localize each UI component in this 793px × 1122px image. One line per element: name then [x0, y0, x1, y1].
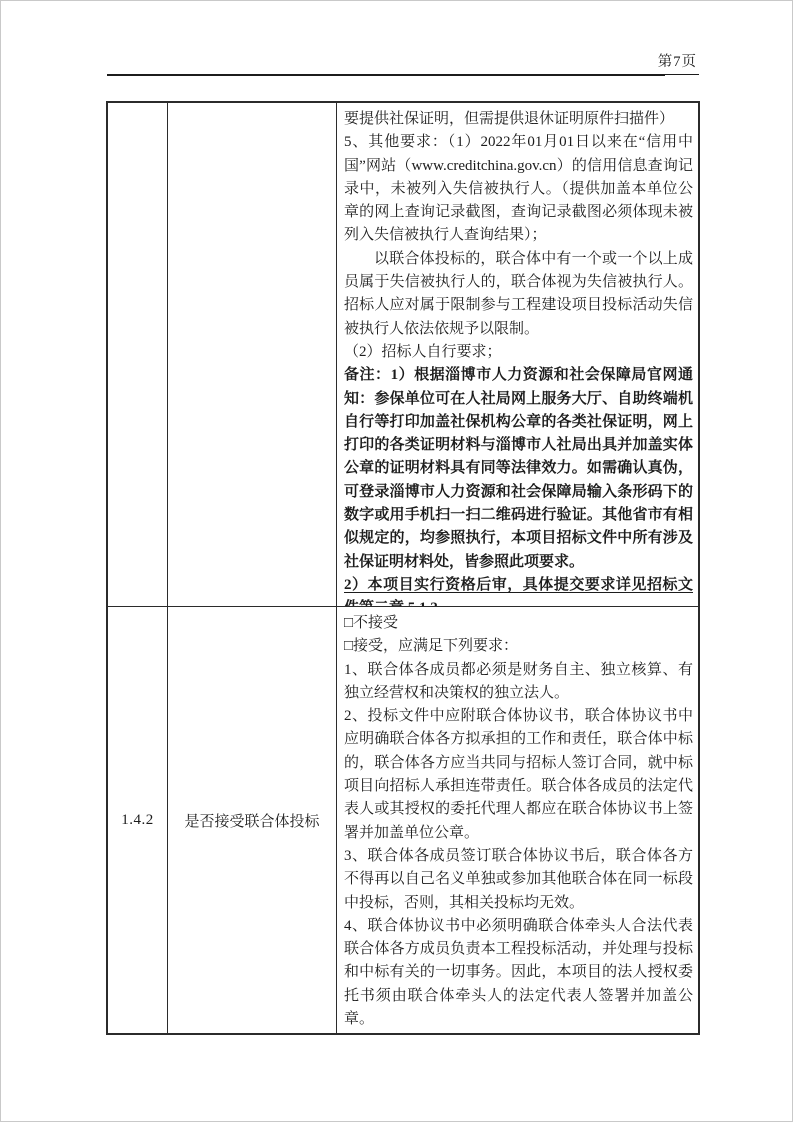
item-number-cell	[107, 102, 168, 607]
paragraph: 备注：1）根据淄博市人力资源和社会保障局官网通知：参保单位可在人社局网上服务大厅…	[344, 364, 693, 574]
paragraph: 2、投标文件中应附联合体协议书，联合体协议书中应明确联合体各方拟承担的工作和责任…	[344, 705, 693, 845]
header-rule	[107, 74, 665, 76]
document-page: 第7页 要提供社保证明，但需提供退休证明原件扫描件）5、其他要求：（1）2022…	[0, 0, 793, 1122]
requirements-table: 要提供社保证明，但需提供退休证明原件扫描件）5、其他要求：（1）2022年01月…	[106, 101, 700, 1035]
page-number: 第7页	[656, 53, 699, 75]
paragraph: （2）招标人自行要求；	[344, 341, 693, 364]
content-paragraphs: 要提供社保证明，但需提供退休证明原件扫描件）5、其他要求：（1）2022年01月…	[337, 103, 698, 606]
paragraph: 3、联合体各成员签订联合体协议书后，联合体各方不得再以自己名义单独或参加其他联合…	[344, 845, 693, 915]
checkbox-option: □不接受	[344, 612, 693, 635]
paragraph: 5、以联合体形式投标的，应当以联合体中牵头人名义提交投标保证，对联合体各成员均具…	[344, 1031, 693, 1033]
checkbox-option: □接受，应满足下列要求：	[344, 635, 693, 658]
item-content-cell: □不接受□接受，应满足下列要求：1、联合体各成员都必须是财务自主、独立核算、有独…	[337, 607, 700, 1035]
paragraph: 2）本项目实行资格后审，具体提交要求详见招标文件第二章 5.1.2。	[344, 574, 693, 606]
paragraph: 5、其他要求：（1）2022年01月01日以来在“信用中国”网站（www.cre…	[344, 131, 693, 247]
table-row-1-4-2: 1.4.2 是否接受联合体投标 □不接受□接受，应满足下列要求：1、联合体各成员…	[107, 607, 699, 1035]
item-label-cell	[168, 102, 337, 607]
paragraph: 以联合体投标的，联合体中有一个或一个以上成员属于失信被执行人的，联合体视为失信被…	[344, 248, 693, 341]
paragraph: 1、联合体各成员都必须是财务自主、独立核算、有独立经营权和决策权的独立法人。	[344, 659, 693, 706]
paragraph: 4、联合体协议书中必须明确联合体牵头人合法代表联合体各方成员负责本工程投标活动，…	[344, 915, 693, 1031]
content-paragraphs: □不接受□接受，应满足下列要求：1、联合体各成员都必须是财务自主、独立核算、有独…	[337, 607, 698, 1033]
item-content-cell: 要提供社保证明，但需提供退休证明原件扫描件）5、其他要求：（1）2022年01月…	[337, 102, 700, 607]
item-label-cell: 是否接受联合体投标	[168, 607, 337, 1035]
item-number-cell: 1.4.2	[107, 607, 168, 1035]
paragraph: 要提供社保证明，但需提供退休证明原件扫描件）	[344, 108, 693, 131]
page-header: 第7页	[107, 47, 699, 81]
table-row-continuation: 要提供社保证明，但需提供退休证明原件扫描件）5、其他要求：（1）2022年01月…	[107, 102, 699, 607]
